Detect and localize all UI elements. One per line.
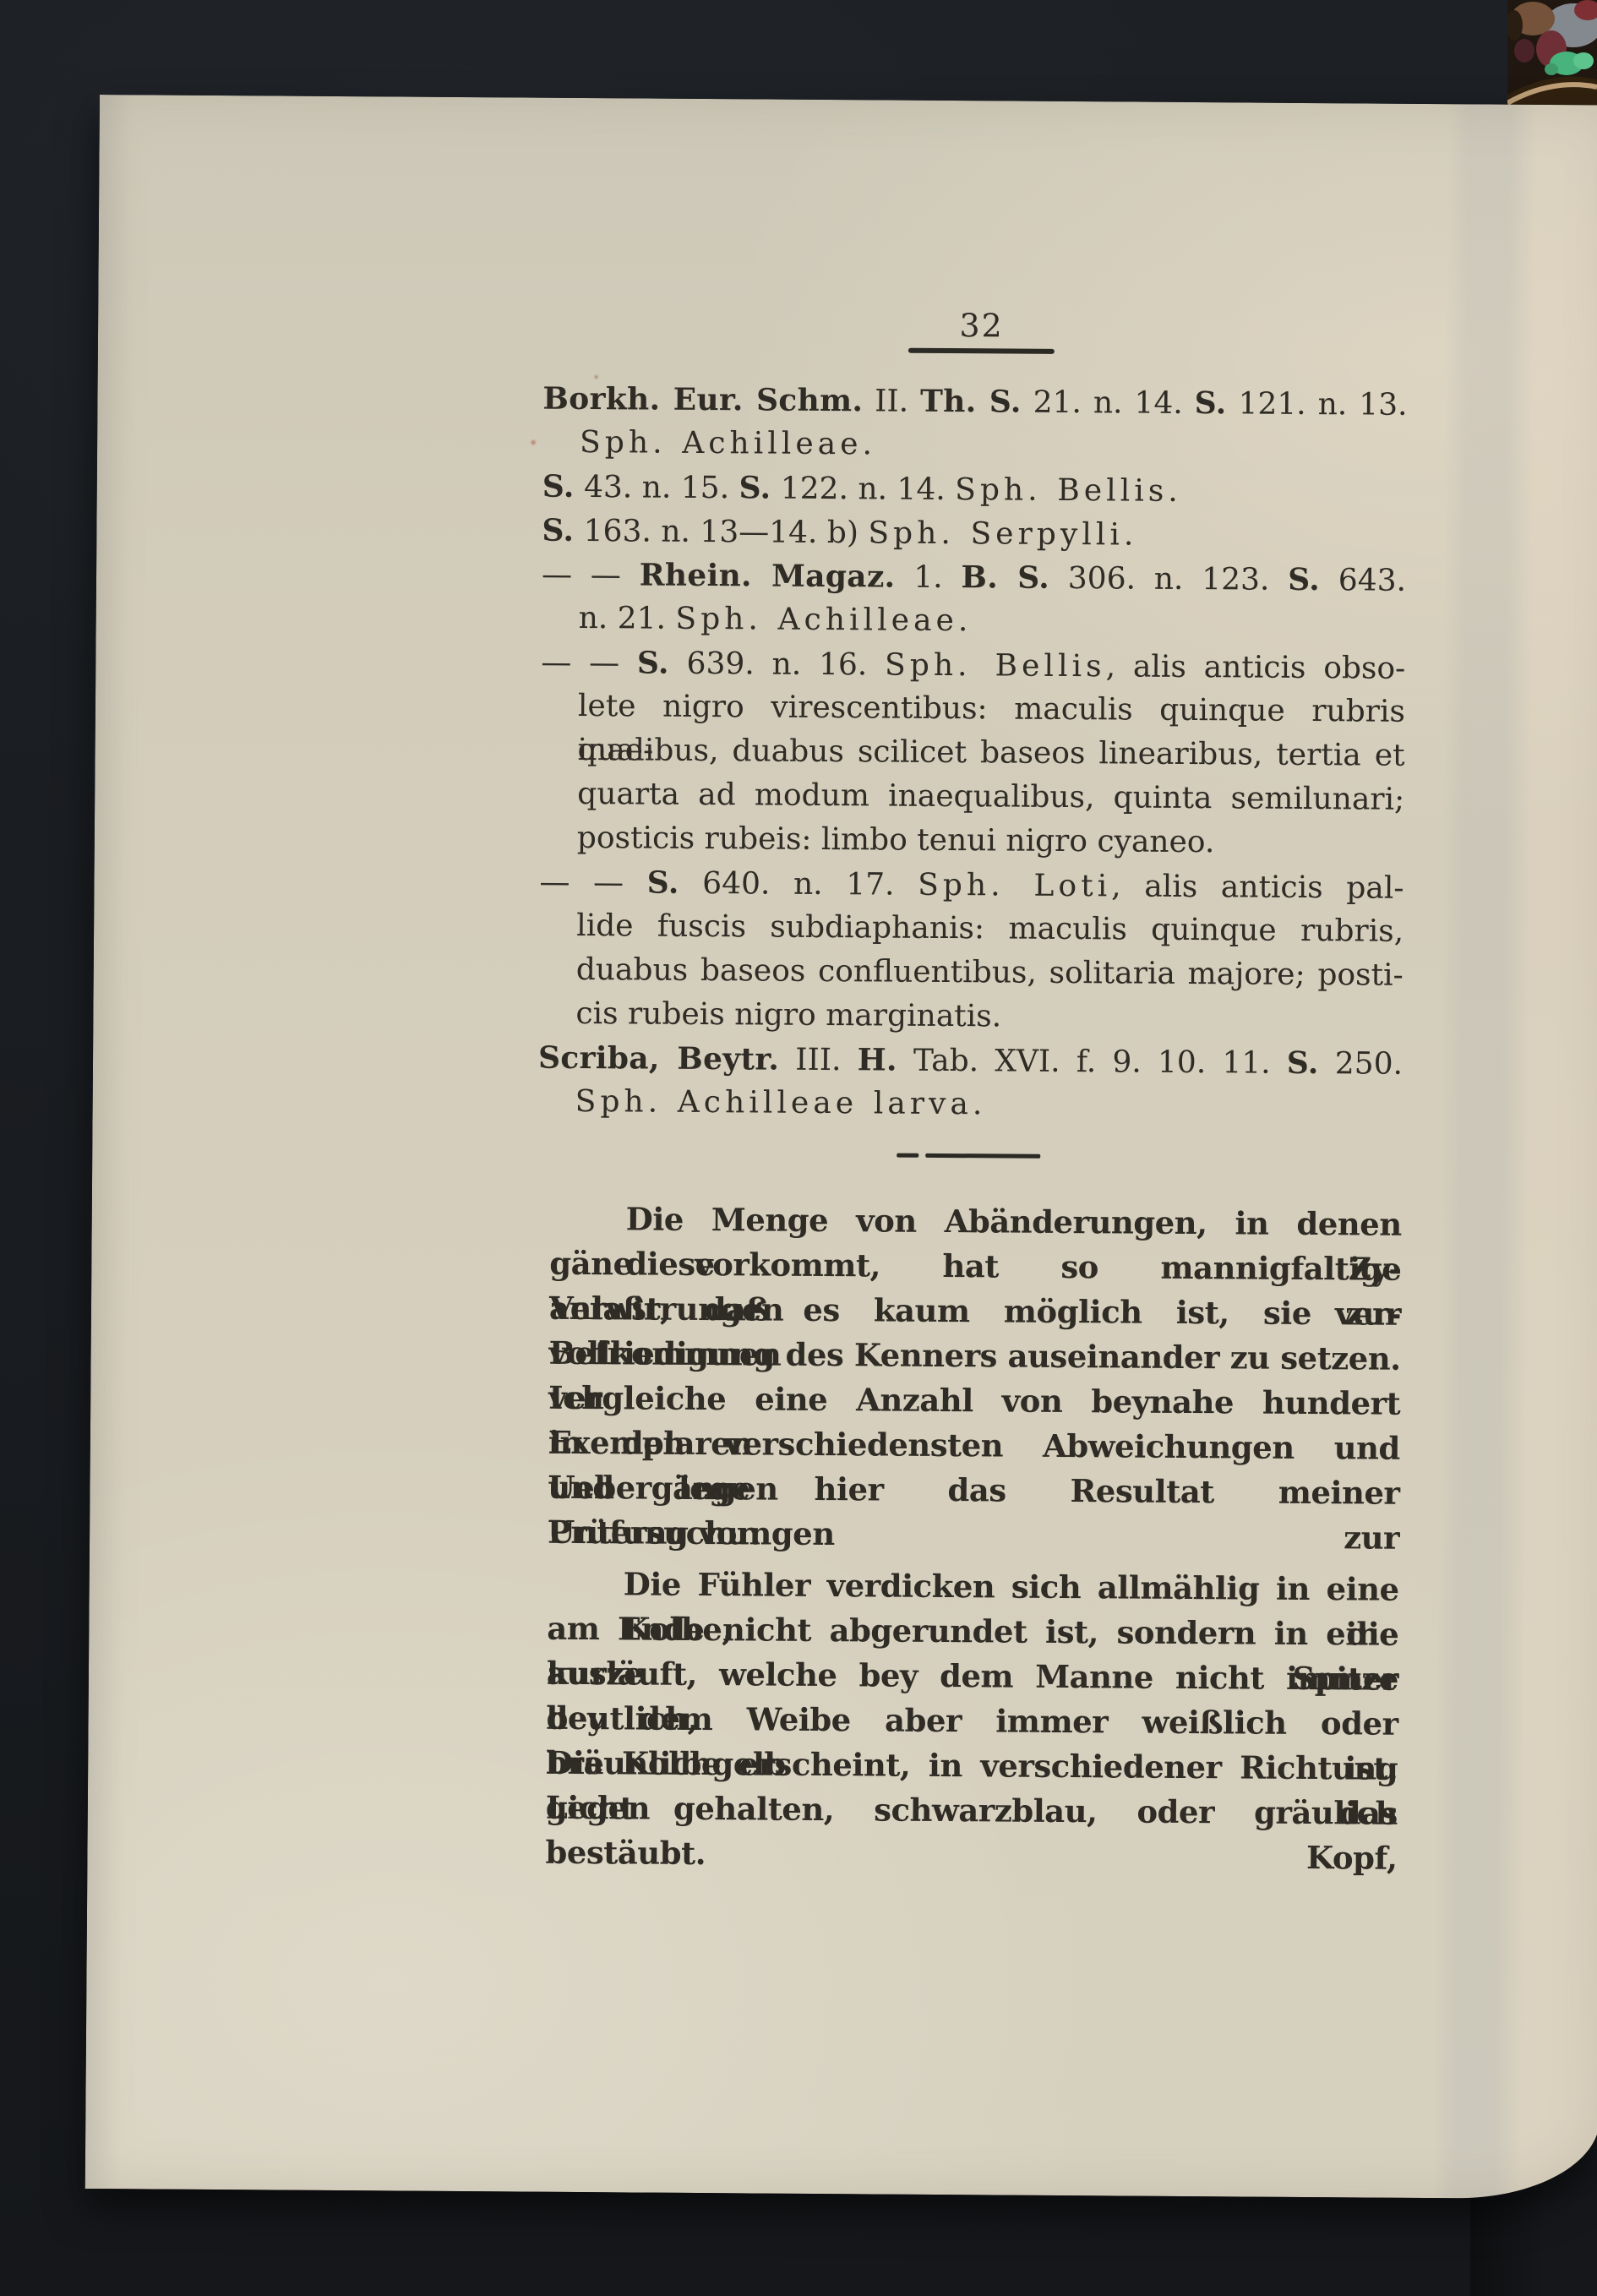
paragraph-line: in den verschiedensten Abweichungen und … (548, 1421, 1400, 1471)
bibliography-line: Scriba, Beytr. III. H. Tab. XVI. f. 9. 1… (538, 1036, 1403, 1086)
text-segment: Sph. Serpylli. (868, 515, 1137, 552)
bibliography-line: S. 163. n. 13—14. b) Sph. Serpylli. (542, 509, 1406, 559)
text-segment: III. (779, 1043, 858, 1078)
text-segment: S. (1288, 562, 1320, 597)
paragraph: Die Menge von Abänderungen, in denen die… (548, 1197, 1402, 1561)
divider-dash (897, 1153, 918, 1158)
text-segment: lide fuscis subdiaphanis: maculis quinqu… (576, 908, 1404, 949)
text-segment: 163. n. 13—14. b) (574, 514, 868, 550)
marbled-book-edge (1507, 0, 1597, 108)
text-segment: Sph. Bellis (885, 648, 1106, 684)
text-segment: , alis anticis pal- (1111, 869, 1404, 905)
text-segment: 43. n. 15. (574, 470, 739, 505)
bibliography-line: cis rubeis nigro marginatis. (538, 992, 1403, 1042)
paragraph: Die Fühler verdicken sich allmählig in e… (546, 1562, 1399, 1836)
text-segment: S. (637, 645, 669, 680)
text-segment: cis rubeis nigro marginatis. (575, 996, 1001, 1034)
section-divider-rule (897, 1153, 1040, 1159)
paragraph-line: Die Kolbe erscheint, in verschiedener Ri… (546, 1741, 1398, 1792)
text-segment: Rhein. Magaz. (640, 557, 896, 594)
paragraph-line: gäne vorkommt, hat so mannigfaltige Verw… (549, 1241, 1401, 1292)
paragraph-line: Befriedigung des Kenners auseinander zu … (548, 1331, 1400, 1382)
text-segment: Sph. Bellis. (955, 472, 1182, 509)
bibliography-line: — — Rhein. Magaz. 1. B. S. 306. n. 123. … (542, 553, 1406, 603)
paragraph-line: anlaßt, daß es kaum möglich ist, sie zur… (549, 1286, 1401, 1337)
text-segment: posticis rubeis: limbo tenui nigro cyane… (577, 821, 1215, 859)
marble-pattern (1507, 0, 1597, 108)
text-segment: — — (539, 865, 647, 901)
paragraph-line: ausläuft, welche bey dem Manne nicht imm… (547, 1651, 1398, 1702)
text-segment: 122. n. 14. (771, 472, 955, 508)
paragraph-line: Die Menge von Abänderungen, in denen die… (550, 1197, 1402, 1247)
paragraph-line: Licht gehalten, schwarzblau, oder gräuli… (546, 1786, 1398, 1836)
text-segment: — — (541, 646, 637, 681)
bibliography-line: lide fuscis subdiaphanis: maculis quinqu… (539, 904, 1404, 954)
text-segment: 640. n. 17. (679, 866, 918, 903)
scanned-book-photo: { "page": { "number": "32" }, "colors": … (0, 0, 1597, 2296)
paragraph-line: bey dem Weibe aber immer weißlich oder b… (546, 1696, 1398, 1747)
text-segment: Scriba, Beytr. (538, 1040, 779, 1077)
divider-line (925, 1153, 1040, 1159)
paragraph-line: und lege hier das Resultat meiner Unters… (548, 1465, 1399, 1516)
text-segment: 250. (1319, 1046, 1404, 1082)
paragraph-line: Die Fühler verdicken sich allmählig in e… (548, 1562, 1399, 1612)
text-segment: S. (542, 513, 574, 548)
text-segment: 306. n. 123. (1049, 561, 1288, 597)
text-segment: quarta ad modum inaequalibus, quinta sem… (577, 777, 1404, 817)
text-segment: Sph. Achilleae. (675, 602, 972, 638)
text-segment: S. (1195, 385, 1227, 421)
book-page: 32 Borkh. Eur. Schm. II. Th. S. 21. n. 1… (85, 95, 1597, 2199)
bibliography-line: posticis rubeis: limbo tenui nigro cyane… (540, 816, 1404, 866)
bibliography-line: lete nigro virescentibus: maculis quinqu… (541, 684, 1405, 734)
page-number-rule (908, 348, 1055, 354)
bibliography-block: Borkh. Eur. Schm. II. Th. S. 21. n. 14. … (538, 377, 1408, 1130)
bibliography-line: qualibus, duabus scilicet baseos lineari… (540, 728, 1404, 778)
text-segment: 121. n. 13. (1226, 386, 1407, 422)
text-segment: Tab. XVI. f. 9. 10. 11. (897, 1044, 1287, 1081)
bibliography-line: n. 21. Sph. Achilleae. (542, 597, 1406, 646)
bibliography-line: S. 43. n. 15. S. 122. n. 14. Sph. Bellis… (542, 465, 1407, 515)
text-segment: , alis anticis obso- (1106, 649, 1406, 685)
text-segment: 21. n. 14. (1022, 385, 1195, 421)
page-number: 32 (908, 305, 1055, 346)
text-segment: II. (863, 384, 920, 418)
text-segment: n. 21. (579, 601, 676, 636)
text-segment: 1. (895, 560, 961, 596)
text-segment: duabus baseos confluentibus, solitaria m… (576, 952, 1404, 993)
text-segment: — — (542, 558, 640, 593)
text-segment: S. (1287, 1045, 1319, 1081)
text-segment: qualibus, duabus scilicet baseos lineari… (577, 733, 1404, 773)
text-segment: S. (739, 470, 771, 505)
text-segment: H. (858, 1042, 897, 1077)
text-segment: Th. S. (920, 384, 1022, 420)
text-segment: S. (647, 865, 679, 901)
text-segment: 639. n. 16. (669, 646, 886, 683)
bibliography-line: quarta ad modum inaequalibus, quinta sem… (540, 772, 1404, 822)
text-segment: Borkh. Eur. Schm. (542, 381, 863, 419)
text-segment: B. S. (961, 559, 1049, 596)
text-segment: Sph. Achilleae. (580, 425, 876, 461)
bibliography-line: Sph. Achilleae larva. (538, 1080, 1403, 1130)
bibliography-line: Borkh. Eur. Schm. II. Th. S. 21. n. 14. … (542, 377, 1407, 427)
paragraph-line: am Ende nicht abgerundet ist, sondern in… (547, 1606, 1398, 1657)
text-segment: S. (542, 469, 575, 504)
body-paragraphs: Die Menge von Abänderungen, in denen die… (546, 1197, 1402, 1836)
text-segment: Sph. Loti (918, 868, 1111, 904)
bibliography-line: — — S. 640. n. 17. Sph. Loti, alis antic… (539, 860, 1404, 910)
bibliography-line: Sph. Achilleae. (542, 421, 1407, 471)
text-segment: 643. (1320, 563, 1406, 598)
text-segment: Sph. Achilleae larva. (575, 1084, 987, 1121)
bibliography-line: duabus baseos confluentibus, solitaria m… (539, 948, 1404, 998)
bibliography-line: — — S. 639. n. 16. Sph. Bellis, alis ant… (541, 641, 1405, 690)
paragraph-line: vergleiche eine Anzahl von beynahe hunde… (548, 1376, 1400, 1426)
